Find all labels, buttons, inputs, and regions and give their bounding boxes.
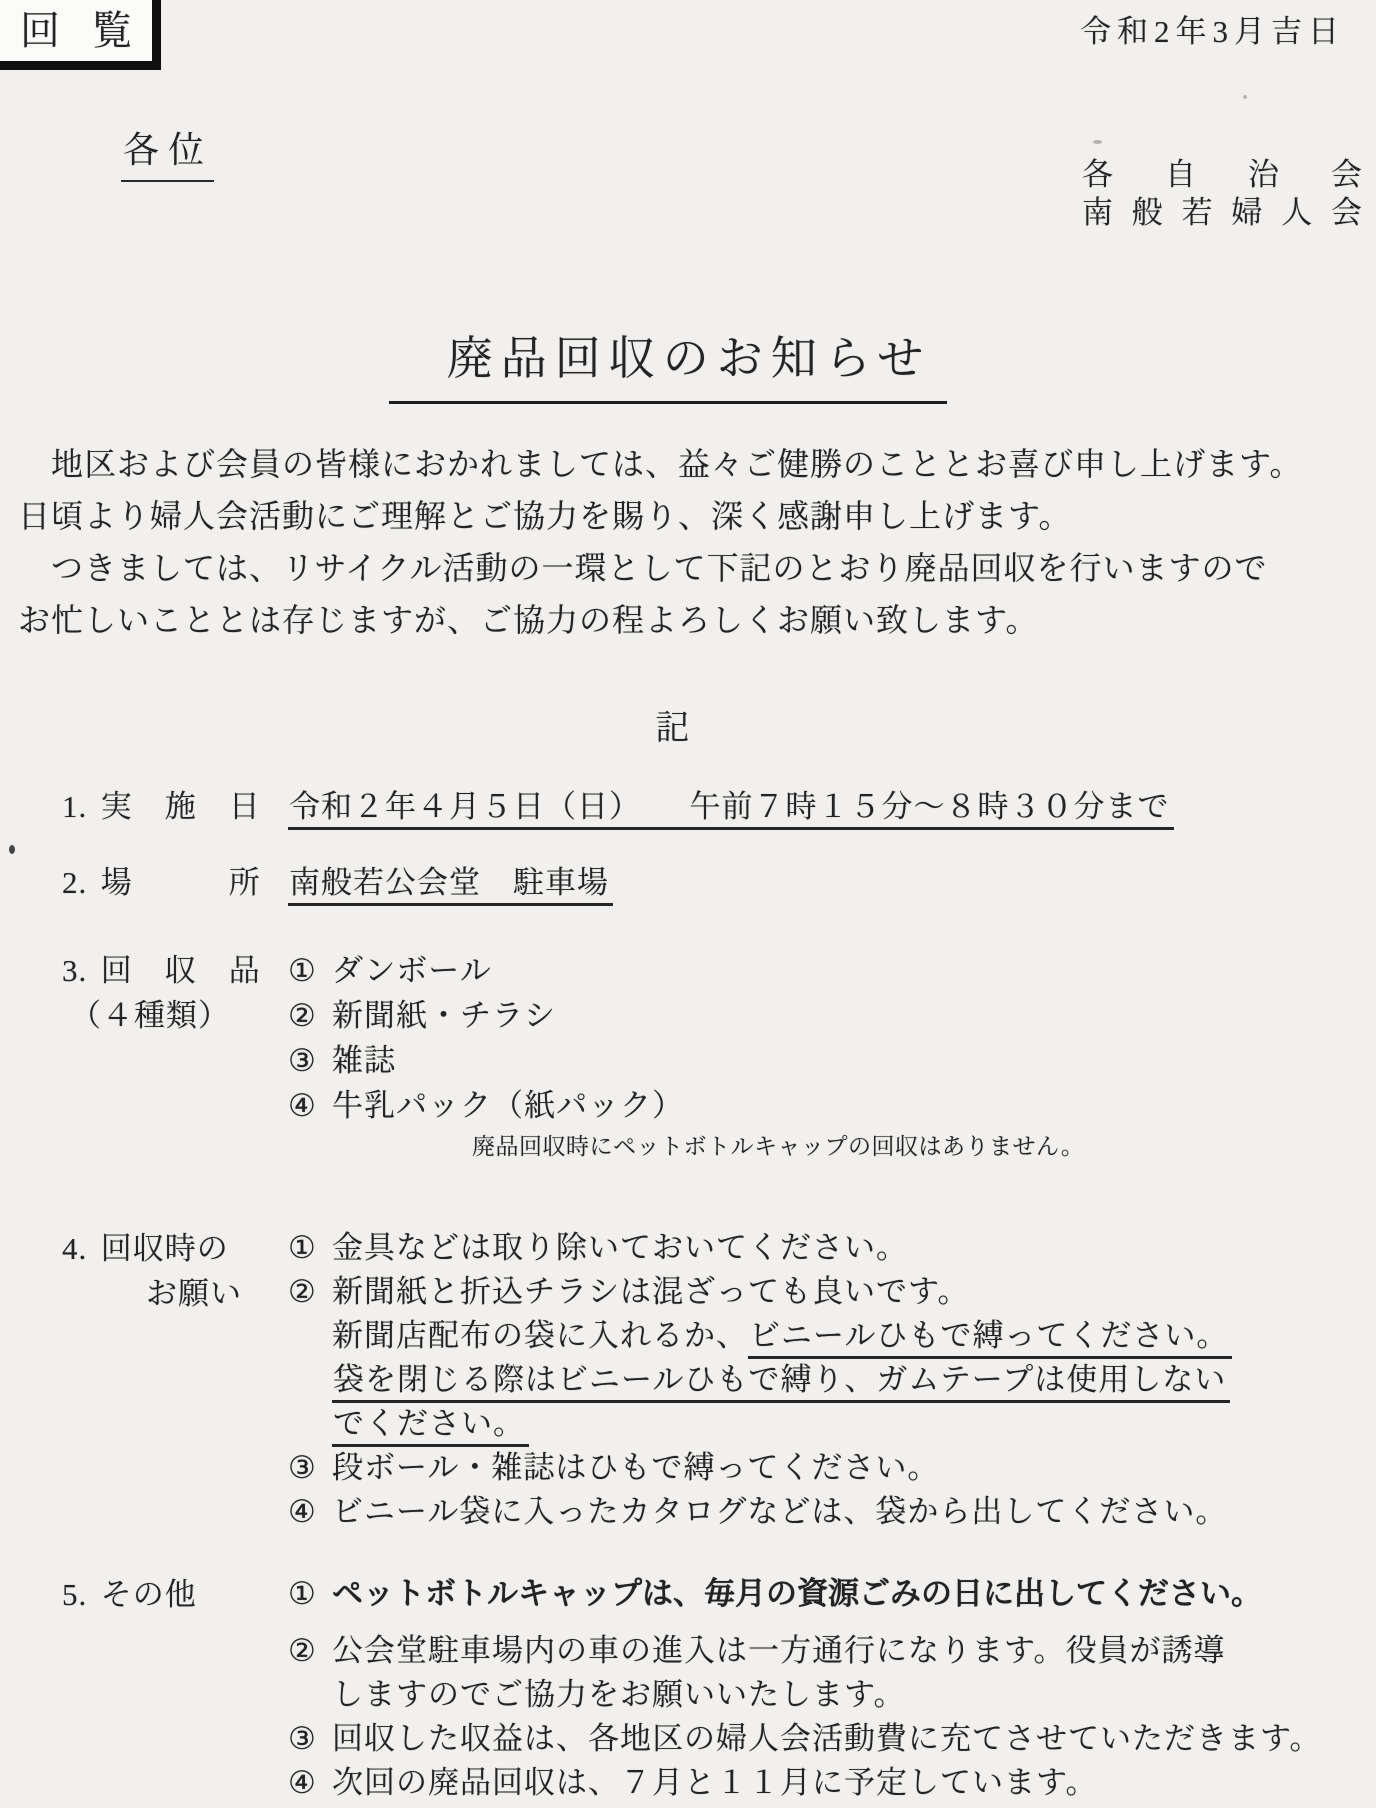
note-row: 廃品回収時にペットボトルキャップの回収はありません。 xyxy=(472,1128,1367,1166)
scanned-notice-page: { "colors": { "paper": "#f1f0ee", "ink":… xyxy=(0,0,1376,1808)
intro-line: つきましては、リサイクル活動の一環として下記のとおり廃品回収を行いますので xyxy=(18,542,1363,594)
intro-line: お忙しいこととは存じますが、ご協力の程よろしくお願い致します。 xyxy=(18,594,1363,646)
section-head: 2. 場 所 xyxy=(62,860,261,905)
text-segment: 金具などは取り除いておいてください。 xyxy=(332,1230,908,1265)
section-rows: 南般若公会堂 駐車場 xyxy=(288,860,1367,905)
section-rows: ①ダンボール②新聞紙・チラシ③雑誌④牛乳パック（紙パック）廃品回収時にペットボト… xyxy=(288,948,1367,1166)
section-label: その他 xyxy=(101,1577,197,1612)
list-row: 新聞店配布の袋に入れるか、ビニールひもで縛ってください。 xyxy=(288,1314,1367,1358)
circled-number-marker: ① xyxy=(288,1226,332,1270)
circled-number-marker: ④ xyxy=(288,1761,332,1805)
list-row: ①金具などは取り除いておいてください。 xyxy=(288,1226,1367,1270)
circled-number-marker: ② xyxy=(288,1270,332,1314)
text-segment: 雑誌 xyxy=(332,1043,396,1078)
title-wrap: 廃品回収のお知らせ xyxy=(0,322,1376,404)
sender-line: 各自治会 xyxy=(1082,156,1362,194)
section-head: 4. 回収時の お願い xyxy=(62,1226,242,1316)
text-segment: 廃品回収時にペットボトルキャップの回収はありません。 xyxy=(472,1134,1084,1159)
text-segment: 袋を閉じる際はビニールひもで縛り、ガムテープは使用しない xyxy=(332,1362,1230,1403)
list-row: 令和２年４月５日（日） 午前７時１５分～８時３０分まで xyxy=(288,784,1367,829)
section-collected-items: 3. 回 収 品 （４種類） ①ダンボール②新聞紙・チラシ③雑誌④牛乳パック（紙… xyxy=(62,948,1367,1166)
list-row: ④ビニール袋に入ったカタログなどは、袋から出してください。 xyxy=(288,1490,1367,1534)
list-row: ②新聞紙と折込チラシは混ざっても良いです。 xyxy=(288,1270,1367,1314)
text-segment: しますのでご協力をお願いいたします。 xyxy=(332,1677,906,1712)
text-segment: ペットボトルキャップは、毎月の資源ごみの日に出してください。 xyxy=(332,1576,1262,1611)
section-sublabel: （４種類） xyxy=(70,993,261,1038)
circled-number-marker: ② xyxy=(288,993,332,1038)
section-head: 3. 回 収 品 （４種類） xyxy=(62,948,261,1038)
text-segment: でください。 xyxy=(332,1406,529,1447)
scan-speck xyxy=(1243,95,1247,99)
list-row: ③回収した収益は、各地区の婦人会活動費に充てさせていただきます。 xyxy=(288,1717,1367,1761)
list-row: ③段ボール・雑誌はひもで縛ってください。 xyxy=(288,1446,1367,1490)
section-number: 5. xyxy=(62,1572,92,1617)
section-number: 1. xyxy=(62,784,92,829)
document-date: 令和2年3月吉日 xyxy=(1080,6,1345,51)
text-segment: 新聞紙・チラシ xyxy=(332,998,556,1033)
sender-line: 南般若婦人会 xyxy=(1082,194,1362,232)
section-location: 2. 場 所 南般若公会堂 駐車場 xyxy=(62,860,1367,905)
section-label: 回収時の xyxy=(101,1231,229,1266)
section-number: 3. xyxy=(62,948,92,993)
section-head: 1. 実 施 日 xyxy=(62,784,261,829)
text-segment: 牛乳パック（紙パック） xyxy=(332,1088,684,1123)
section-label: 実 施 日 xyxy=(101,789,261,824)
intro-line: 地区および会員の皆様におかれましては、益々ご健勝のこととお喜び申し上げます。 xyxy=(18,438,1363,490)
list-row: ②新聞紙・チラシ xyxy=(288,993,1367,1038)
text-segment: 回収した収益は、各地区の婦人会活動費に充てさせていただきます。 xyxy=(332,1721,1322,1756)
list-row: ③雑誌 xyxy=(288,1038,1367,1083)
text-segment: 令和２年４月５日（日） 午前７時１５分～８時３０分まで xyxy=(288,789,1174,830)
addressee-label: 各 位 xyxy=(121,122,214,182)
text-segment: 南般若公会堂 駐車場 xyxy=(288,865,613,906)
record-marker: 記 xyxy=(0,700,1345,749)
circled-number-marker: ① xyxy=(288,1572,332,1616)
text-segment: ビニール袋に入ったカタログなどは、袋から出してください。 xyxy=(332,1494,1227,1529)
list-row: でください。 xyxy=(288,1402,1367,1446)
document-title: 廃品回収のお知らせ xyxy=(389,322,948,404)
section-implementation-date: 1. 実 施 日 令和２年４月５日（日） 午前７時１５分～８時３０分まで xyxy=(62,784,1367,829)
circled-number-marker: ③ xyxy=(288,1038,332,1083)
list-row: しますのでご協力をお願いいたします。 xyxy=(288,1673,1367,1717)
section-head: 5. その他 xyxy=(62,1572,197,1617)
text-segment: ダンボール xyxy=(332,953,492,988)
kairan-circulation-stamp: 回覧 xyxy=(0,0,161,70)
list-row: 南般若公会堂 駐車場 xyxy=(288,860,1367,905)
list-row: ①ダンボール xyxy=(288,948,1367,993)
text-segment: 新聞紙と折込チラシは混ざっても良いです。 xyxy=(332,1274,970,1309)
section-sublabel: お願い xyxy=(146,1271,242,1316)
circled-number-marker: ① xyxy=(288,948,332,993)
intro-line: 日頃より婦人会活動にご理解とご協力を賜り、深く感謝申し上げます。 xyxy=(18,490,1363,542)
circled-number-marker: ④ xyxy=(288,1083,332,1128)
section-number: 4. xyxy=(62,1226,92,1271)
circled-number-marker: ② xyxy=(288,1629,332,1673)
text-segment: 次回の廃品回収は、７月と１１月に予定しています。 xyxy=(332,1765,1098,1800)
scan-speck xyxy=(1093,140,1102,144)
list-row: ④牛乳パック（紙パック） xyxy=(288,1083,1367,1128)
section-label: 場 所 xyxy=(101,865,261,900)
text-segment: 公会堂駐車場内の車の進入は一方通行になります。役員が誘導 xyxy=(332,1633,1226,1668)
scan-speck xyxy=(9,845,15,854)
list-row: ②公会堂駐車場内の車の進入は一方通行になります。役員が誘導 xyxy=(288,1629,1367,1673)
section-rows: 令和２年４月５日（日） 午前７時１５分～８時３０分まで xyxy=(288,784,1367,829)
list-row: 袋を閉じる際はビニールひもで縛り、ガムテープは使用しない xyxy=(288,1358,1367,1402)
list-row: ①ペットボトルキャップは、毎月の資源ごみの日に出してください。 xyxy=(288,1572,1367,1616)
circled-number-marker: ③ xyxy=(288,1446,332,1490)
text-segment: 段ボール・雑誌はひもで縛ってください。 xyxy=(332,1450,939,1485)
section-rows: ①ペットボトルキャップは、毎月の資源ごみの日に出してください。②公会堂駐車場内の… xyxy=(288,1572,1367,1805)
section-collection-requests: 4. 回収時の お願い ①金具などは取り除いておいてください。②新聞紙と折込チラ… xyxy=(62,1226,1367,1534)
sender-block: 各自治会南般若婦人会 xyxy=(1082,156,1362,232)
circled-number-marker: ③ xyxy=(288,1717,332,1761)
section-rows: ①金具などは取り除いておいてください。②新聞紙と折込チラシは混ざっても良いです。… xyxy=(288,1226,1367,1534)
list-row: ④次回の廃品回収は、７月と１１月に予定しています。 xyxy=(288,1761,1367,1805)
text-segment: 新聞店配布の袋に入れるか、 xyxy=(332,1318,748,1353)
circled-number-marker: ④ xyxy=(288,1490,332,1534)
intro-paragraph: 地区および会員の皆様におかれましては、益々ご健勝のこととお喜び申し上げます。日頃… xyxy=(18,438,1363,646)
addressee: 各 位 xyxy=(121,122,214,182)
section-number: 2. xyxy=(62,860,92,905)
kairan-label: 回覧 xyxy=(20,10,132,52)
text-segment: ビニールひもで縛ってください。 xyxy=(748,1318,1232,1359)
section-others: 5. その他 ①ペットボトルキャップは、毎月の資源ごみの日に出してください。②公… xyxy=(62,1572,1367,1805)
section-label: 回 収 品 xyxy=(101,953,261,988)
